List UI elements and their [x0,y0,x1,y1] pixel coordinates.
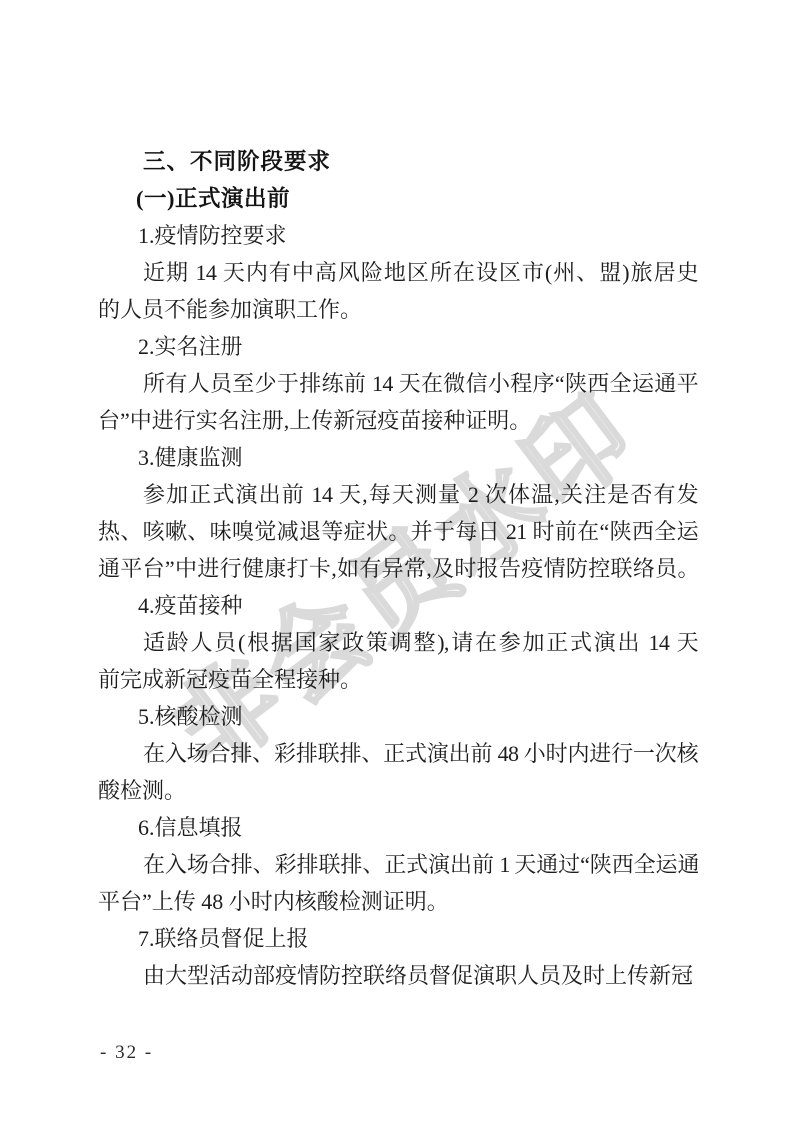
text-line: (一)正式演出前 [98,180,698,217]
text-line: 通平台”中进行健康打卡,如有异常,及时报告疫情防控联络员。 [98,550,698,587]
text-line: 6.信息填报 [98,809,698,846]
text-line: 7.联络员督促上报 [98,920,698,957]
text-line: 台”中进行实名注册,上传新冠疫苗接种证明。 [98,402,698,439]
text-line: 2.实名注册 [98,328,698,365]
document-page: 非会员水印 三、不同阶段要求(一)正式演出前1.疫情防控要求近期 14 天内有中… [0,0,793,1122]
text-line: 3.健康监测 [98,439,698,476]
text-line: 平台”上传 48 小时内核酸检测证明。 [98,883,698,920]
text-line: 三、不同阶段要求 [98,143,698,180]
text-line: 热、咳嗽、味嗅觉减退等症状。并于每日 21 时前在“陕西全运 [98,513,698,550]
text-line: 1.疫情防控要求 [98,217,698,254]
text-line: 在入场合排、彩排联排、正式演出前 1 天通过“陕西全运通 [98,846,698,883]
text-line: 由大型活动部疫情防控联络员督促演职人员及时上传新冠 [98,957,698,994]
page-number: - 32 - [100,1042,153,1064]
text-line: 4.疫苗接种 [98,587,698,624]
text-line: 适龄人员(根据国家政策调整),请在参加正式演出 14 天 [98,624,698,661]
text-line: 参加正式演出前 14 天,每天测量 2 次体温,关注是否有发 [98,476,698,513]
text-line: 近期 14 天内有中高风险地区所在设区市(州、盟)旅居史 [98,254,698,291]
text-line: 酸检测。 [98,772,698,809]
document-body: 三、不同阶段要求(一)正式演出前1.疫情防控要求近期 14 天内有中高风险地区所… [98,143,698,994]
text-line: 5.核酸检测 [98,698,698,735]
text-line: 前完成新冠疫苗全程接种。 [98,661,698,698]
text-line: 所有人员至少于排练前 14 天在微信小程序“陕西全运通平 [98,365,698,402]
text-line: 在入场合排、彩排联排、正式演出前 48 小时内进行一次核 [98,735,698,772]
text-line: 的人员不能参加演职工作。 [98,291,698,328]
